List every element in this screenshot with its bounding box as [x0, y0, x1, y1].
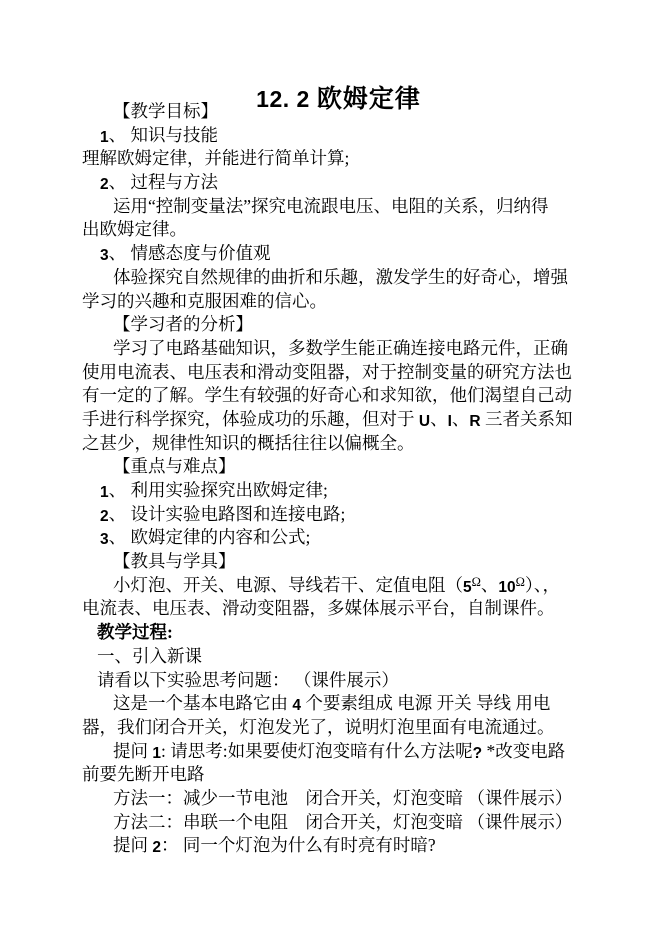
doc-text-segment: ）、，: [525, 575, 560, 595]
doc-text-segment: ?: [473, 745, 482, 762]
doc-text-segment: 三者关系知: [481, 409, 573, 429]
doc-text-segment: 一、引入新课: [97, 646, 202, 666]
doc-text-segment: 电流表、电压表、滑动变阻器，多媒体展示平台，自制课件。: [82, 598, 555, 618]
doc-text-segment: 2: [100, 176, 109, 193]
doc-line: 1、 利用实验探究出欧姆定律;: [0, 479, 661, 503]
doc-text-segment: 【学习者的分析】: [113, 314, 253, 334]
doc-text-segment: 器，我们闭合开关，灯泡发光了，说明灯泡里面有电流通过。: [82, 717, 555, 737]
doc-line: 教学过程:: [0, 621, 661, 645]
doc-line: 一、引入新课: [0, 645, 661, 669]
doc-text-segment: 、 知识与技能: [109, 125, 218, 145]
doc-text-segment: 这是一个基本电路它由: [113, 693, 292, 713]
doc-line: 【重点与难点】: [0, 455, 661, 479]
doc-line: 出欧姆定律。: [0, 218, 661, 242]
doc-text-segment: 有一定的了解。学生有较强的好奇心和求知欲，他们渴望自己动: [82, 385, 572, 405]
doc-text-segment: 1: [100, 484, 109, 501]
doc-line: 之甚少，规律性知识的概括往往以偏概全。: [0, 432, 661, 456]
doc-text-segment: 、: [430, 409, 448, 429]
doc-line: 学习了电路基础知识，多数学生能正确连接电路元件，正确: [0, 337, 661, 361]
doc-text-segment: 2: [100, 508, 109, 525]
doc-line: 方法一：减少一节电池 闭合开关，灯泡变暗 （课件展示）: [0, 787, 661, 811]
doc-text-segment: 教学过程:: [97, 622, 173, 642]
doc-line: 提问 2： 同一个灯泡为什么有时亮有时暗?: [0, 834, 661, 858]
doc-line: 请看以下实验思考问题： （课件展示）: [0, 669, 661, 693]
doc-text-segment: 提问: [113, 835, 152, 855]
doc-text-segment: 使用电流表、电压表和滑动变阻器，对于控制变量的研究方法也: [82, 362, 572, 382]
doc-text-segment: 手进行科学探究，体验成功的乐趣，但对于: [82, 409, 419, 429]
doc-text-segment: 3: [100, 247, 109, 264]
doc-text-segment: 小灯泡、开关、电源、导线若干、定值电阻（: [113, 575, 463, 595]
doc-text-segment: 运用“控制变量法”探究电流跟电压、电阻的关系，归纳得: [113, 196, 549, 216]
doc-line: 1、 知识与技能: [0, 124, 661, 148]
doc-line: 2、 过程与方法: [0, 171, 661, 195]
doc-text-segment: 【教具与学具】: [113, 551, 236, 571]
doc-line: 【教学目标】: [0, 100, 661, 124]
doc-line: 理解欧姆定律，并能进行简单计算;: [0, 147, 661, 171]
doc-text-segment: 之甚少，规律性知识的概括往往以偏概全。: [82, 433, 415, 453]
doc-text-segment: Ω: [472, 575, 481, 589]
doc-line: 2、 设计实验电路图和连接电路;: [0, 503, 661, 527]
doc-text-segment: 提问: [113, 741, 152, 761]
doc-line: 使用电流表、电压表和滑动变阻器，对于控制变量的研究方法也: [0, 361, 661, 385]
doc-line: 3、 情感态度与价值观: [0, 242, 661, 266]
doc-text-segment: 学习了电路基础知识，多数学生能正确连接电路元件，正确: [113, 338, 568, 358]
doc-text-segment: 前要先断开电路: [82, 764, 205, 784]
doc-text-segment: 学习的兴趣和克服困难的信心。: [82, 291, 327, 311]
doc-line: 器，我们闭合开关，灯泡发光了，说明灯泡里面有电流通过。: [0, 716, 661, 740]
doc-text-segment: *改变电路: [482, 741, 565, 761]
doc-text-segment: 、 情感态度与价值观: [109, 243, 271, 263]
doc-text-segment: 个要素组成 电源 开关 导线 用电: [301, 693, 550, 713]
doc-text-segment: 方法二：串联一个电阻 闭合开关，灯泡变暗 （课件展示）: [113, 812, 572, 832]
doc-line: 小灯泡、开关、电源、导线若干、定值电阻（5Ω、10Ω）、，: [0, 574, 661, 598]
doc-line: 运用“控制变量法”探究电流跟电压、电阻的关系，归纳得: [0, 195, 661, 219]
doc-text-segment: U: [419, 413, 430, 430]
doc-text-segment: 、 过程与方法: [109, 172, 218, 192]
doc-text-segment: 理解欧姆定律，并能进行简单计算;: [82, 148, 349, 168]
doc-line: 手进行科学探究，体验成功的乐趣，但对于 U、I、R 三者关系知: [0, 408, 661, 432]
document-page: 12. 2欧姆定律 【教学目标】1、 知识与技能理解欧姆定律，并能进行简单计算;…: [0, 0, 661, 935]
doc-text-segment: 3: [100, 531, 109, 548]
doc-line: 有一定的了解。学生有较强的好奇心和求知欲，他们渴望自己动: [0, 384, 661, 408]
doc-text-segment: Ω: [516, 575, 525, 589]
doc-text-segment: 5: [463, 579, 472, 596]
doc-text-segment: 4: [292, 697, 301, 714]
doc-text-segment: 2: [152, 839, 161, 856]
doc-text-segment: R: [469, 413, 480, 430]
doc-text-segment: : 请思考:如果要使灯泡变暗有什么方法呢: [161, 741, 473, 761]
doc-text-segment: 10: [498, 579, 515, 596]
doc-line: 3、 欧姆定律的内容和公式;: [0, 526, 661, 550]
doc-text-segment: 体验探究自然规律的曲折和乐趣，激发学生的好奇心，增强: [113, 267, 568, 287]
doc-text-segment: 请看以下实验思考问题： （课件展示）: [97, 670, 399, 690]
doc-line: 提问 1: 请思考:如果要使灯泡变暗有什么方法呢? *改变电路: [0, 740, 661, 764]
doc-text-segment: 【重点与难点】: [113, 456, 236, 476]
doc-text-segment: 1: [152, 745, 161, 762]
doc-text-segment: 、 利用实验探究出欧姆定律;: [109, 480, 328, 500]
doc-text-segment: 、: [452, 409, 470, 429]
doc-line: 【教具与学具】: [0, 550, 661, 574]
document-body: 【教学目标】1、 知识与技能理解欧姆定律，并能进行简单计算;2、 过程与方法运用…: [0, 100, 661, 858]
doc-text-segment: 【教学目标】: [113, 101, 218, 121]
doc-line: 方法二：串联一个电阻 闭合开关，灯泡变暗 （课件展示）: [0, 811, 661, 835]
doc-text-segment: ： 同一个灯泡为什么有时亮有时暗?: [161, 835, 436, 855]
doc-text-segment: 1: [100, 129, 109, 146]
doc-text-segment: 、 欧姆定律的内容和公式;: [109, 527, 311, 547]
doc-line: 【学习者的分析】: [0, 313, 661, 337]
doc-text-segment: I: [448, 413, 452, 430]
doc-line: 这是一个基本电路它由 4 个要素组成 电源 开关 导线 用电: [0, 692, 661, 716]
doc-text-segment: 、: [481, 575, 499, 595]
doc-line: 学习的兴趣和克服困难的信心。: [0, 290, 661, 314]
doc-line: 电流表、电压表、滑动变阻器，多媒体展示平台，自制课件。: [0, 597, 661, 621]
doc-line: 前要先断开电路: [0, 763, 661, 787]
doc-line: 体验探究自然规律的曲折和乐趣，激发学生的好奇心，增强: [0, 266, 661, 290]
doc-text-segment: 方法一：减少一节电池 闭合开关，灯泡变暗 （课件展示）: [113, 788, 572, 808]
doc-text-segment: 、 设计实验电路图和连接电路;: [109, 504, 346, 524]
doc-text-segment: 出欧姆定律。: [82, 219, 187, 239]
